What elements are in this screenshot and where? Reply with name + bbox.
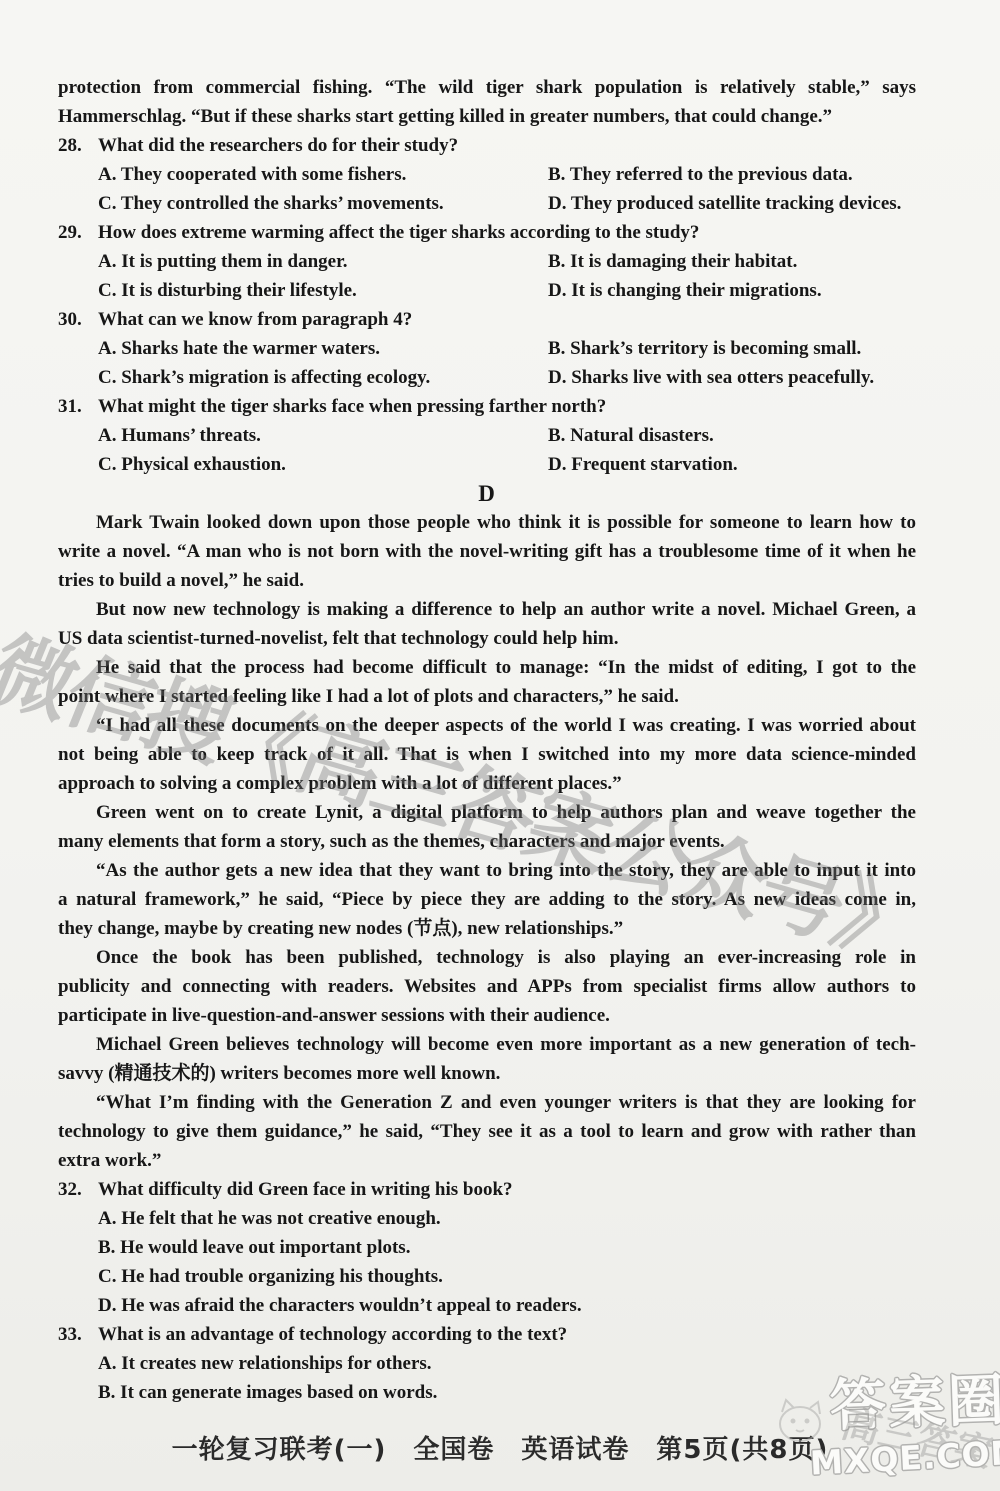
question-text: What difficulty did Green face in writin…: [98, 1179, 513, 1200]
option: B. They referred to the previous data.: [548, 160, 916, 189]
option: C. They controlled the sharks’ movements…: [98, 189, 548, 218]
passage-d-paragraph-9: “What I’m finding with the Generation Z …: [58, 1088, 916, 1175]
passage-d-paragraph-1: Mark Twain looked down upon those people…: [58, 508, 916, 595]
question-text: What might the tiger sharks face when pr…: [98, 396, 606, 417]
option: A. It is putting them in danger.: [98, 247, 548, 276]
option: A. He felt that he was not creative enou…: [98, 1204, 916, 1233]
passage-line: point where I started feeling like I had…: [58, 682, 916, 711]
question-31: 31.What might the tiger sharks face when…: [58, 392, 916, 479]
passage-line: “What I’m finding with the Generation Z …: [58, 1088, 916, 1117]
option: C. Shark’s migration is affecting ecolog…: [98, 363, 548, 392]
passage-line: extra work.”: [58, 1146, 916, 1175]
option: D. Sharks live with sea otters peacefull…: [548, 363, 916, 392]
passage-line: “As the author gets a new idea that they…: [58, 856, 916, 885]
option: A. Sharks hate the warmer waters.: [98, 334, 548, 363]
passage-line: technology to give them guidance,” he sa…: [58, 1117, 916, 1146]
option: C. It is disturbing their lifestyle.: [98, 276, 548, 305]
question-29-line: 29.How does extreme warming affect the t…: [58, 218, 916, 247]
question-33-line: 33.What is an advantage of technology ac…: [58, 1320, 916, 1349]
question-number: 31.: [58, 392, 98, 421]
passage-line: not being able to keep track of it all. …: [58, 740, 916, 769]
passage-d-paragraph-4: “I had all these documents on the deeper…: [58, 711, 916, 798]
passage-c-tail-paragraph: protection from commercial fishing. “The…: [58, 73, 916, 131]
passage-d-paragraph-5: Green went on to create Lynit, a digital…: [58, 798, 916, 856]
passage-line: write a novel. “A man who is not born wi…: [58, 537, 916, 566]
question-32-line: 32.What difficulty did Green face in wri…: [58, 1175, 916, 1204]
passage-line: they change, maybe by creating new nodes…: [58, 914, 916, 943]
option: A. They cooperated with some fishers.: [98, 160, 548, 189]
option: D. They produced satellite tracking devi…: [548, 189, 916, 218]
option: D. It is changing their migrations.: [548, 276, 916, 305]
question-number: 32.: [58, 1175, 98, 1204]
passage-line: participate in live-question-and-answer …: [58, 1001, 916, 1030]
question-text: How does extreme warming affect the tige…: [98, 222, 699, 243]
question-30: 30.What can we know from paragraph 4? A.…: [58, 305, 916, 392]
option: C. He had trouble organizing his thought…: [98, 1262, 916, 1291]
passage-line: He said that the process had become diff…: [58, 653, 916, 682]
question-text: What is an advantage of technology accor…: [98, 1324, 567, 1345]
question-number: 28.: [58, 131, 98, 160]
question-number: 33.: [58, 1320, 98, 1349]
question-30-options: A. Sharks hate the warmer waters.B. Shar…: [58, 334, 916, 392]
passage-line: Mark Twain looked down upon those people…: [58, 508, 916, 537]
exam-content: protection from commercial fishing. “The…: [58, 73, 916, 1407]
passage-d-paragraph-2: But now new technology is making a diffe…: [58, 595, 916, 653]
question-32: 32.What difficulty did Green face in wri…: [58, 1175, 916, 1320]
question-29-options: A. It is putting them in danger.B. It is…: [58, 247, 916, 305]
question-30-line: 30.What can we know from paragraph 4?: [58, 305, 916, 334]
answer-circle-logo: 答案圈 高三答案号 MXQE.COM: [772, 1368, 1000, 1491]
question-31-options: A. Humans’ threats.B. Natural disasters.…: [58, 421, 916, 479]
question-text: What did the researchers do for their st…: [98, 135, 458, 156]
passage-line: But now new technology is making a diffe…: [58, 595, 916, 624]
passage-line: protection from commercial fishing. “The…: [58, 73, 916, 102]
question-text: What can we know from paragraph 4?: [98, 309, 412, 330]
passage-line: US data scientist-turned-novelist, felt …: [58, 624, 916, 653]
passage-line: many elements that form a story, such as…: [58, 827, 916, 856]
passage-line: savvy (精通技术的) writers becomes more well …: [58, 1059, 916, 1088]
passage-line: Green went on to create Lynit, a digital…: [58, 798, 916, 827]
passage-d-paragraph-7: Once the book has been published, techno…: [58, 943, 916, 1030]
question-32-options: A. He felt that he was not creative enou…: [58, 1204, 916, 1320]
passage-line: “I had all these documents on the deeper…: [58, 711, 916, 740]
footer-text: 一轮复习联考(一) 全国卷 英语试卷 第5页(共8页): [172, 1435, 829, 1465]
question-number: 29.: [58, 218, 98, 247]
passage-d-paragraph-3: He said that the process had become diff…: [58, 653, 916, 711]
section-d-heading: D: [58, 479, 916, 508]
passage-line: Hammerschlag. “But if these sharks start…: [58, 102, 916, 131]
option: B. It is damaging their habitat.: [548, 247, 916, 276]
option: B. Shark’s territory is becoming small.: [548, 334, 916, 363]
option: D. He was afraid the characters wouldn’t…: [98, 1291, 916, 1320]
passage-line: approach to solving a complex problem wi…: [58, 769, 916, 798]
option: A. Humans’ threats.: [98, 421, 548, 450]
option: B. He would leave out important plots.: [98, 1233, 916, 1262]
passage-line: tries to build a novel,” he said.: [58, 566, 916, 595]
question-28: 28.What did the researchers do for their…: [58, 131, 916, 218]
passage-d-paragraph-8: Michael Green believes technology will b…: [58, 1030, 916, 1088]
option: D. Frequent starvation.: [548, 450, 916, 479]
question-31-line: 31.What might the tiger sharks face when…: [58, 392, 916, 421]
passage-line: Michael Green believes technology will b…: [58, 1030, 916, 1059]
question-28-options: A. They cooperated with some fishers.B. …: [58, 160, 916, 218]
passage-d-paragraph-6: “As the author gets a new idea that they…: [58, 856, 916, 943]
question-29: 29.How does extreme warming affect the t…: [58, 218, 916, 305]
passage-line: publicity and connecting with readers. W…: [58, 972, 916, 1001]
exam-scan-page: protection from commercial fishing. “The…: [0, 0, 1000, 1491]
passage-line: Once the book has been published, techno…: [58, 943, 916, 972]
option: B. Natural disasters.: [548, 421, 916, 450]
option: C. Physical exhaustion.: [98, 450, 548, 479]
question-28-line: 28.What did the researchers do for their…: [58, 131, 916, 160]
passage-line: a natural framework,” he said, “Piece by…: [58, 885, 916, 914]
question-number: 30.: [58, 305, 98, 334]
